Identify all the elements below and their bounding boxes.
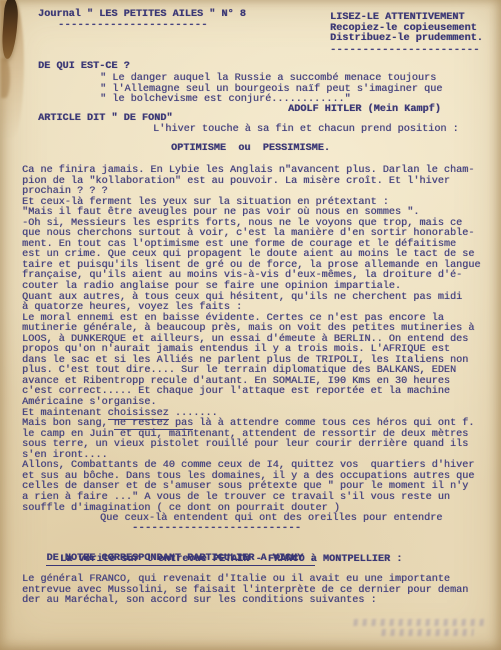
quote-attribution: ADOLF HITLER (Mein Kampf) bbox=[288, 105, 441, 116]
text-segment: La vérité sur l'entrevue PETAIN bbox=[60, 554, 250, 566]
ink-ghost-imprint bbox=[352, 616, 487, 642]
instructions-rule: ----------------------- bbox=[330, 46, 480, 57]
paper-tear-notch bbox=[1, 58, 10, 98]
text-segment: Mais bon sang, bbox=[22, 418, 114, 429]
article-lede: L'hiver touche à sa fin et chacun prend … bbox=[153, 125, 459, 136]
body-line: a rien à faire ..." A vous de le trouver… bbox=[22, 493, 481, 504]
paragraph-line: der au Maréchal, son accord sur les cond… bbox=[22, 596, 468, 607]
text-segment: Et maintenant bbox=[22, 408, 108, 419]
masthead-title: Journal " LES PETITES AILES " N° 8 bbox=[38, 10, 246, 21]
section-subheading: La vérité sur l'entrevue PETAIN - FRANCO… bbox=[60, 555, 402, 566]
epigraph-quote: " Le danger auquel la Russie a succombé … bbox=[100, 74, 442, 106]
text-segment: - FRANCO à MONTPELLIER : bbox=[250, 554, 403, 565]
instruction-line: Distribuez-le prudemment. bbox=[330, 33, 483, 44]
article-body: Ca ne finira jamais. En Lybie les Anglai… bbox=[22, 166, 481, 514]
journal-page: Journal " LES PETITES AILES " N° 8 -----… bbox=[0, 0, 501, 650]
text-segment: là à attendre comme tous ces héros qui o… bbox=[193, 418, 474, 429]
body-line: couter la radio anglaise pour se faire u… bbox=[22, 282, 481, 293]
subheading-line: La vérité sur l'entrevue PETAIN - FRANCO… bbox=[60, 555, 402, 566]
quote-line: " Le danger auquel la Russie a succombé … bbox=[100, 74, 442, 85]
ink-ghost-row bbox=[353, 619, 486, 626]
body-line: Ca ne finira jamais. En Lybie les Anglai… bbox=[22, 166, 481, 177]
instruction-line: Recopiez-le copieusement bbox=[330, 23, 483, 34]
article-kicker: ARTICLE DIT " DE FOND" bbox=[38, 114, 173, 125]
text-segment: ....... bbox=[169, 408, 218, 419]
masthead-title-rule: ----------------------- bbox=[58, 21, 208, 32]
closing-rule: -------------------------- bbox=[132, 524, 301, 535]
correspondent-paragraph: Le général FRANCO, qui revenait d'Italie… bbox=[22, 575, 468, 607]
instruction-line: LISEZ-LE ATTENTIVEMENT bbox=[330, 12, 483, 23]
paragraph-line: Le général FRANCO, qui revenait d'Italie… bbox=[22, 575, 468, 586]
article-title: OPTIMISME ou PESSIMISME. bbox=[0, 144, 501, 155]
ink-ghost-row bbox=[381, 629, 474, 636]
epigraph-heading: DE QUI EST-CE ? bbox=[38, 62, 130, 73]
reader-instructions: LISEZ-LE ATTENTIVEMENTRecopiez-le copieu… bbox=[330, 12, 483, 44]
